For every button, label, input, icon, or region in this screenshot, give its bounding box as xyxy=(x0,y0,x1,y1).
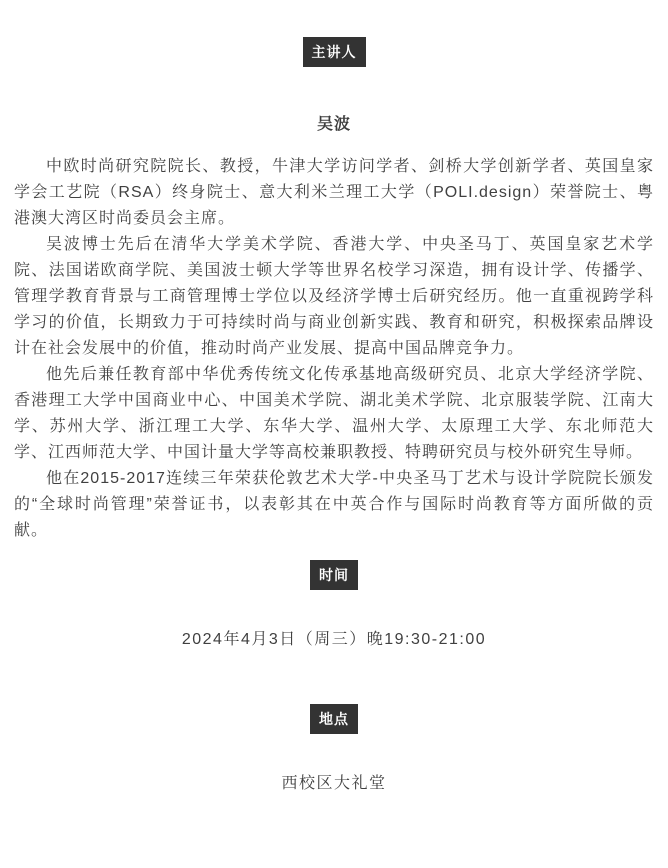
event-time: 2024年4月3日（周三）晚19:30-21:00 xyxy=(0,626,668,649)
event-article-page: 主讲人 吴波 中欧时尚研究院院长、教授，牛津大学访问学者、剑桥大学创新学者、英国… xyxy=(0,0,668,868)
speaker-section-header: 主讲人 xyxy=(0,37,668,67)
bio-paragraph-titles: 中欧时尚研究院院长、教授，牛津大学访问学者、剑桥大学创新学者、英国皇家学会工艺院… xyxy=(14,154,654,232)
speaker-section-badge: 主讲人 xyxy=(303,37,366,67)
location-section-badge: 地点 xyxy=(310,704,358,734)
bio-paragraph-education: 吴波博士先后在清华大学美术学院、香港大学、中央圣马丁、英国皇家艺术学院、法国诺欧… xyxy=(14,232,654,362)
location-section-header: 地点 xyxy=(0,704,668,734)
speaker-name: 吴波 xyxy=(0,111,668,134)
event-location: 西校区大礼堂 xyxy=(0,770,668,793)
time-section-badge: 时间 xyxy=(310,560,358,590)
speaker-bio: 中欧时尚研究院院长、教授，牛津大学访问学者、剑桥大学创新学者、英国皇家学会工艺院… xyxy=(0,154,668,544)
bio-paragraph-appointments: 他先后兼任教育部中华优秀传统文化传承基地高级研究员、北京大学经济学院、香港理工大… xyxy=(14,362,654,466)
bio-paragraph-awards: 他在2015-2017连续三年荣获伦敦艺术大学-中央圣马丁艺术与设计学院院长颁发… xyxy=(14,466,654,544)
time-section-header: 时间 xyxy=(0,560,668,590)
